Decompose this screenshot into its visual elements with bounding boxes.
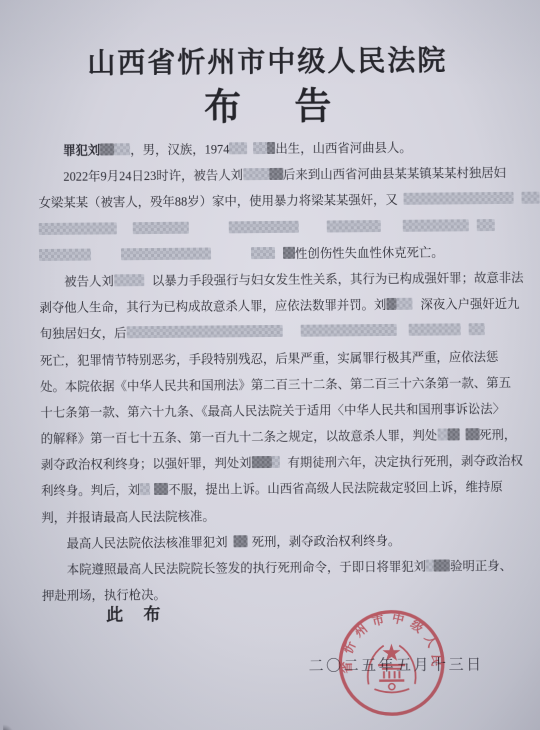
notice-body: 罪犯刘，男，汉族，1974出生，山西省河曲县人。2022年9月24日23时许，被… (38, 134, 512, 609)
redaction-blur (126, 325, 282, 338)
spacer (469, 229, 477, 230)
line-text: 被告人刘 (64, 274, 114, 288)
closing-phrase: 此 布 (106, 600, 176, 626)
line-text: 性创伤性失血性休克死亡。 (295, 245, 444, 260)
document-photo: 山西省忻州市中级人民法院 布 告 罪犯刘，男，汉族，1974出生，山西省河曲县人… (0, 0, 540, 730)
redaction-blur (426, 560, 434, 572)
redaction-blur (468, 323, 484, 335)
line-text: 验明正身、 (450, 559, 512, 574)
line-text: 最高人民法院依法核准罪犯刘 (66, 535, 227, 550)
line-text: 死刑，剥夺政治权利终身。 (252, 534, 401, 549)
redaction-blur (386, 298, 396, 310)
line-text: 不服，提出上诉。山西省高级人民法院裁定驳回上诉，维持原 (168, 480, 503, 497)
redaction-blur (437, 429, 447, 441)
document-line: 剥夺政治权利终身；以强奸罪，判处刘有期徒刑六年，决定执行死刑，剥夺政治权 (41, 448, 511, 478)
redaction-blur (234, 535, 248, 547)
line-text: 的解释》第一百七十五条、第一百九十二条之规定，以故意杀人罪，判处 (41, 429, 438, 446)
line-text: 剥夺他人生命，其行为已构成故意杀人罪，应依法数罪并罚。刘 (39, 298, 386, 315)
spacer (144, 284, 152, 285)
line-text: 后来到山西省河曲县某某镇某某村独居妇 (283, 166, 506, 182)
document-line: 罪犯刘，男，汉族，1974出生，山西省河曲县人。 (38, 134, 508, 164)
line-text: 女梁某某（被害人，殁年88岁）家中，使用暴力将梁某某强奸，又 (39, 193, 398, 210)
redaction-blur (251, 456, 271, 468)
line-text: 剥夺政治权利终身；以强奸罪，判处刘 (41, 456, 252, 472)
seal-ring-text: 山西省忻州市中级人民法院 (333, 604, 443, 673)
line-text: 利终身。判后，刘 (41, 484, 140, 499)
notice-title-char-left: 布 (204, 76, 241, 130)
document-line: 判，并报请最高人民法院核准。 (41, 501, 511, 531)
spacer (211, 257, 251, 258)
closing-char-left: 此 (106, 600, 123, 625)
document-line: 最高人民法院依法核准罪犯刘死刑，剥夺政治权利终身。 (41, 527, 511, 557)
document-line: 死亡，犯罪情节特别恶劣，手段特别残忍，后果严重，实属罪行极其严重，应依法惩 (40, 343, 510, 373)
redaction-blur (229, 220, 299, 233)
spacer (514, 202, 522, 203)
line-text: 出生，山西省河曲县人。 (275, 141, 411, 156)
redaction-blur (243, 168, 269, 180)
redaction-blur (447, 428, 459, 440)
document-line: 处。本院依据《中华人民共和国刑法》第二百三十二条、第二百三十六条第一款、第五 (40, 370, 510, 400)
redaction-blur (251, 247, 275, 259)
document-line: 2022年9月24日23时许，被告人刘后来到山西省河曲县某某镇某某村独居妇 (38, 160, 508, 190)
spacer (275, 257, 283, 258)
line-text: 有期徒刑六年，决定执行死刑，剥夺政治权 (287, 454, 523, 470)
redaction-blur (408, 324, 460, 336)
redaction-blur (229, 142, 247, 154)
line-text: 处。本院依据《中华人民共和国刑法》第二百三十二条、第二百三十六条第一款、第五 (40, 376, 511, 394)
line-text: 本院遵照最高人民法院院长签发的执行死刑命令，于即日将罪犯刘 (67, 560, 426, 577)
spacer (396, 334, 408, 335)
line-text: ，男，汉族，1974 (130, 142, 229, 157)
redaction-blur (39, 248, 91, 260)
spacer (91, 258, 121, 259)
spacer (299, 230, 327, 231)
document-line (39, 212, 509, 242)
redaction-blur (271, 456, 279, 468)
redaction-blur (154, 483, 168, 495)
spacer (189, 231, 229, 232)
document-line: 利终身。判后，刘不服，提出上诉。山西省高级人民法院裁定驳回上诉，维持原 (41, 474, 511, 504)
redaction-blur (434, 559, 450, 571)
redaction-blur (477, 219, 495, 231)
document-line: 的解释》第一百七十五条、第一百九十二条之规定，以故意杀人罪，判处死刑， (41, 422, 511, 452)
document-line: 本院遵照最高人民法院院长签发的执行死刑命令，于即日将罪犯刘验明正身、 (42, 553, 512, 583)
document-line: 剥夺他人生命，其行为已构成故意杀人罪，应依法数罪并罚。刘深夜入户强奸近九 (39, 291, 509, 321)
paper: 山西省忻州市中级人民法院 布 告 罪犯刘，男，汉族，1974出生，山西省河曲县人… (0, 0, 540, 730)
photo-corner-shadow (3, 724, 13, 730)
national-emblem-icon (368, 643, 416, 692)
line-text: 死亡，犯罪情节特别恶劣，手段特别残忍，后果严重，实属罪行极其严重，应依法惩 (40, 350, 499, 368)
document-line: 十七条第一款、第六十九条、《最高人民法院关于适用〈中华人民共和国刑事诉讼法〉 (40, 396, 510, 426)
redaction-blur (404, 192, 514, 205)
redaction-blur (133, 221, 189, 233)
court-seal: 山西省忻州市中级人民法院 (333, 604, 450, 721)
redaction-blur (396, 298, 412, 310)
redaction-blur (39, 222, 117, 235)
spacer (459, 438, 465, 439)
document-line: 性创伤性失血性休克死亡。 (39, 239, 509, 269)
spacer (282, 335, 300, 336)
redaction-blur (114, 274, 144, 286)
document-line: 女梁某某（被害人，殁年88岁）家中，使用暴力将梁某某强奸，又 (38, 186, 508, 216)
line-text: 2022年9月24日23时许，被告人刘 (63, 168, 243, 184)
redaction-blur (121, 247, 211, 260)
redaction-blur (327, 220, 381, 232)
spacer (381, 229, 403, 230)
line-text: 罪犯刘 (63, 143, 100, 157)
notice-title: 布 告 (0, 74, 538, 133)
spacer (460, 334, 468, 335)
document-line: 被告人刘以暴力手段强行与妇女发生性关系，其行为已构成强奸罪；故意非法 (39, 265, 509, 295)
line-text: 死刑， (479, 428, 516, 442)
spacer (412, 308, 420, 309)
line-text: 旬独居妇女，后 (40, 327, 127, 342)
line-text: 深夜入户强奸近九 (420, 297, 519, 312)
line-text: 十七条第一款、第六十九条、《最高人民法院关于适用〈中华人民共和国刑事诉讼法〉 (40, 402, 505, 420)
redaction-blur (283, 247, 295, 259)
spacer (280, 466, 288, 467)
redaction-blur (253, 142, 267, 154)
document-line: 旬独居妇女，后 (40, 317, 510, 347)
redaction-blur (300, 324, 396, 337)
redaction-blur (465, 428, 479, 440)
notice-title-char-right: 告 (294, 75, 331, 129)
redaction-blur (522, 192, 540, 204)
redaction-blur (140, 483, 150, 495)
redaction-blur (403, 219, 469, 232)
spacer (117, 232, 133, 233)
svg-text:山西省忻州市中级人民法院: 山西省忻州市中级人民法院 (333, 604, 443, 673)
closing-char-right: 布 (143, 600, 160, 625)
redaction-blur (100, 143, 114, 155)
line-text: 判，并报请最高人民法院核准。 (41, 509, 215, 525)
line-text: 以暴力手段强行与妇女发生性关系，其行为已构成强奸罪；故意非法 (152, 271, 524, 288)
redaction-blur (114, 143, 130, 155)
redaction-blur (269, 168, 283, 180)
